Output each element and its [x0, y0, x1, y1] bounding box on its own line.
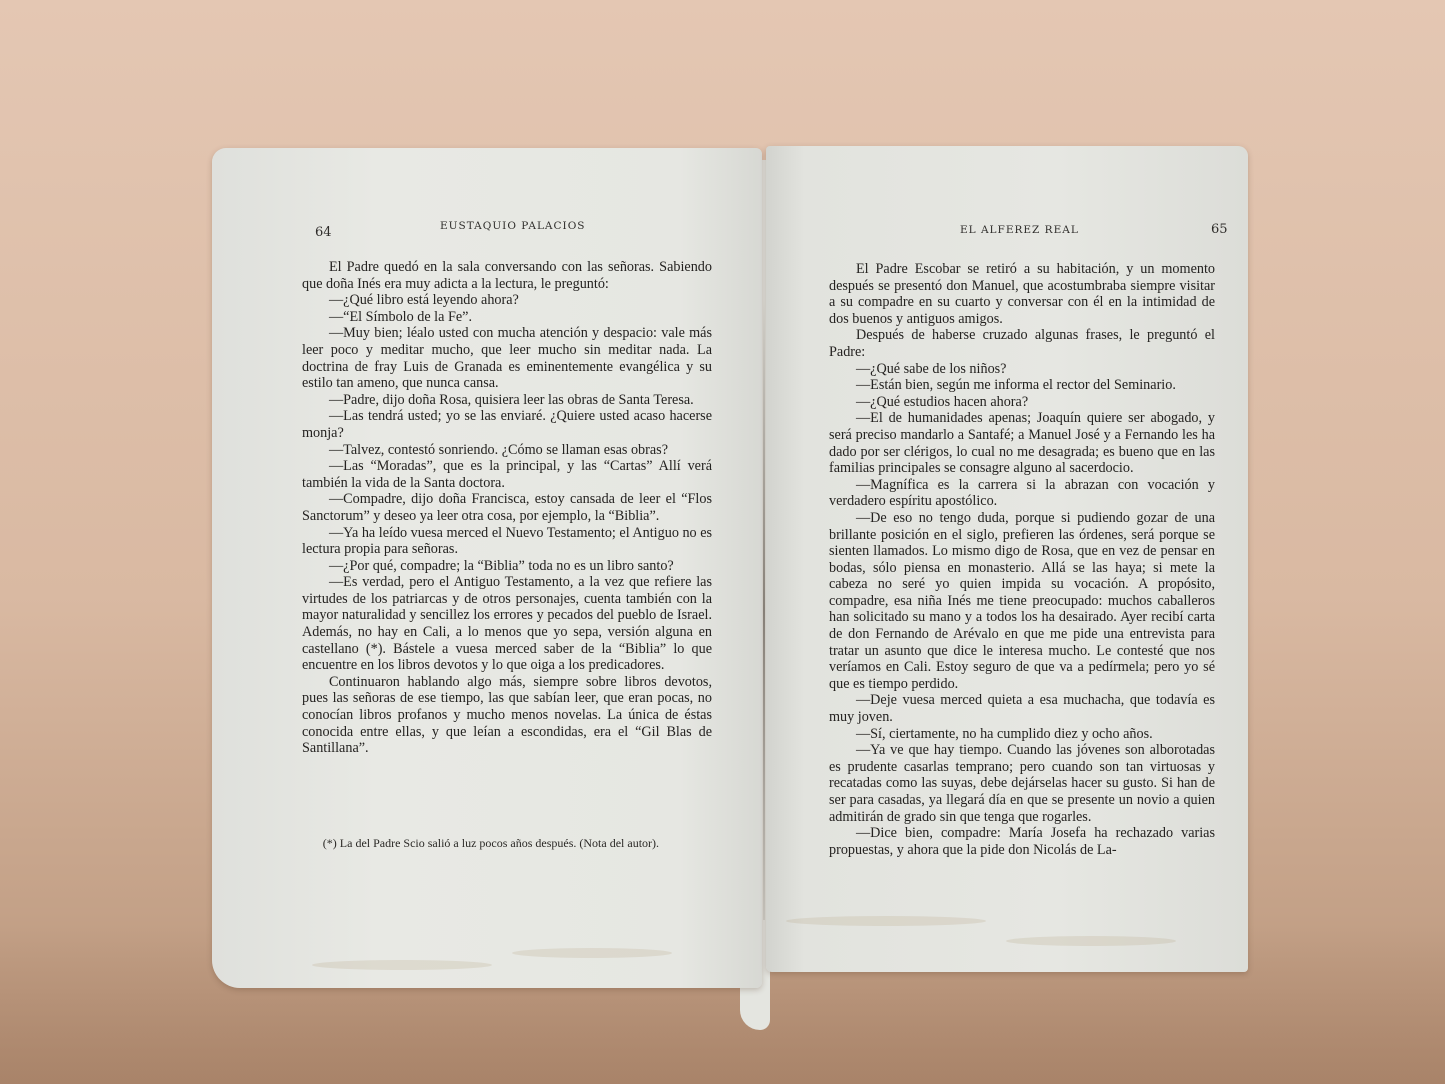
dialogue-line: —Sí, ciertamente, no ha cumplido diez y … [829, 726, 1215, 743]
dialogue-line: —¿Qué sabe de los niños? [829, 361, 1215, 378]
footnote: (*) La del Padre Scio salió a luz pocos … [300, 836, 714, 851]
paragraph: El Padre quedó en la sala conversando co… [302, 259, 712, 292]
dialogue-line: —Muy bien; léalo usted con mucha atenció… [302, 325, 712, 391]
dialogue-line: —¿Qué estudios hacen ahora? [829, 394, 1215, 411]
paragraph: El Padre Escobar se retiró a su habitaci… [829, 261, 1215, 327]
book-gutter [763, 300, 765, 920]
dialogue-line: —Talvez, contestó sonriendo. ¿Cómo se ll… [302, 442, 712, 459]
paragraph: Continuaron hablando algo más, siempre s… [302, 674, 712, 757]
dialogue-line: —Es verdad, pero el Antiguo Testamento, … [302, 574, 712, 674]
footnote-text: (*) La del Padre Scio salió a luz pocos … [300, 836, 714, 851]
paragraph: Después de haberse cruzado algunas frase… [829, 327, 1215, 360]
page-number-right: 65 [1211, 222, 1228, 237]
dialogue-line: —Magnífica es la carrera si la abrazan c… [829, 477, 1215, 510]
dialogue-line: —Deje vuesa merced quieta a esa muchacha… [829, 692, 1215, 725]
water-stain [512, 948, 672, 958]
water-stain [312, 960, 492, 970]
dialogue-line: —Las tendrá usted; yo se las enviaré. ¿Q… [302, 408, 712, 441]
water-stain [786, 916, 986, 926]
dialogue-line: —El de humanidades apenas; Joaquín quier… [829, 410, 1215, 476]
dialogue-line: —¿Por qué, compadre; la “Biblia” toda no… [302, 558, 712, 575]
dialogue-line: —Padre, dijo doña Rosa, quisiera leer la… [302, 392, 712, 409]
dialogue-line: —Ya ha leído vuesa merced el Nuevo Testa… [302, 525, 712, 558]
dialogue-line: —Las “Moradas”, que es la principal, y l… [302, 458, 712, 491]
dialogue-line: —Dice bien, compadre: María Josefa ha re… [829, 825, 1215, 858]
dialogue-line: —¿Qué libro está leyendo ahora? [302, 292, 712, 309]
running-header-right: EL ALFEREZ REAL [960, 224, 1079, 236]
dialogue-line: —De eso no tengo duda, porque si pudiend… [829, 510, 1215, 693]
dialogue-line: —“El Símbolo de la Fe”. [302, 309, 712, 326]
right-page-body: El Padre Escobar se retiró a su habitaci… [829, 261, 1215, 858]
dialogue-line: —Ya ve que hay tiempo. Cuando las jóvene… [829, 742, 1215, 825]
left-page-body: El Padre quedó en la sala conversando co… [302, 259, 712, 757]
dialogue-line: —Están bien, según me informa el rector … [829, 377, 1215, 394]
running-header-left: EUSTAQUIO PALACIOS [440, 220, 586, 232]
water-stain [1006, 936, 1176, 946]
page-number-left: 64 [315, 225, 332, 240]
dialogue-line: —Compadre, dijo doña Francisca, estoy ca… [302, 491, 712, 524]
